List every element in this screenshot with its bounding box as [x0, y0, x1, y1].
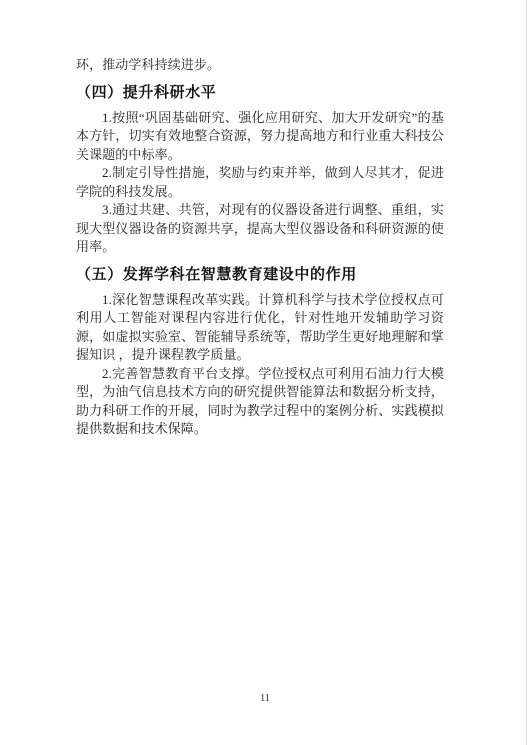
- section-4-paragraph-2: 2.制定引导性措施，奖励与约束并举，做到人尽其才，促进学院的科技发展。: [76, 164, 444, 201]
- continuation-paragraph: 环，推动学科持续进步。: [76, 56, 444, 75]
- section-5-heading: （五）发挥学科在智慧教育建设中的作用: [76, 264, 444, 285]
- page-right-edge-line: [526, 0, 527, 745]
- section-4-paragraph-1: 1.按照“巩固基础研究、强化应用研究、加大开发研究”的基本方针，切实有效地整合资…: [76, 109, 444, 165]
- page-number: 11: [0, 693, 530, 704]
- section-5-paragraph-2: 2.完善智慧教育平台支撑。学位授权点可利用石油力行大模型，为油气信息技术方向的研…: [76, 365, 444, 439]
- section-4-paragraph-3: 3.通过共建、共管，对现有的仪器设备进行调整、重组，实现大型仪器设备的资源共享，…: [76, 201, 444, 257]
- document-page: 环，推动学科持续进步。 （四）提升科研水平 1.按照“巩固基础研究、强化应用研究…: [0, 0, 530, 745]
- page-content: 环，推动学科持续进步。 （四）提升科研水平 1.按照“巩固基础研究、强化应用研究…: [76, 56, 444, 439]
- section-4-heading: （四）提升科研水平: [76, 82, 444, 103]
- section-5-paragraph-1: 1.深化智慧课程改革实践。计算机科学与技术学位授权点可利用人工智能对课程内容进行…: [76, 291, 444, 365]
